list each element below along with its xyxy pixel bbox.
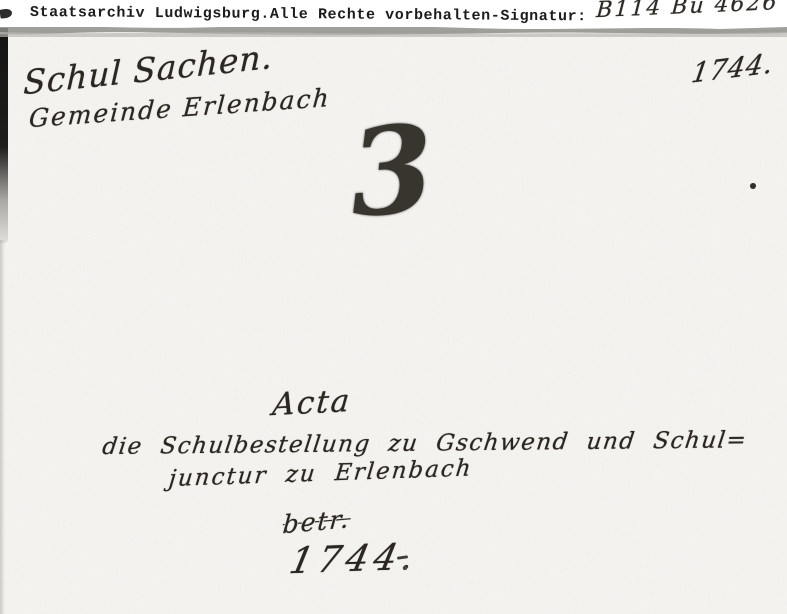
title-acta: Acta [271,386,352,421]
scanned-document-page: Staatsarchiv Ludwigsburg.Alle Rechte vor… [0,0,787,614]
scan-left-edge-shadow [0,28,8,243]
title-year: 1744. [286,540,422,581]
ink-dot-small [403,566,407,570]
scan-left-edge-faint [0,240,5,614]
title-betreff: betr. [282,506,352,537]
file-number-numeral: 3 [346,109,438,235]
archive-stamp-text: Staatsarchiv Ludwigsburg.Alle Rechte vor… [30,4,587,25]
